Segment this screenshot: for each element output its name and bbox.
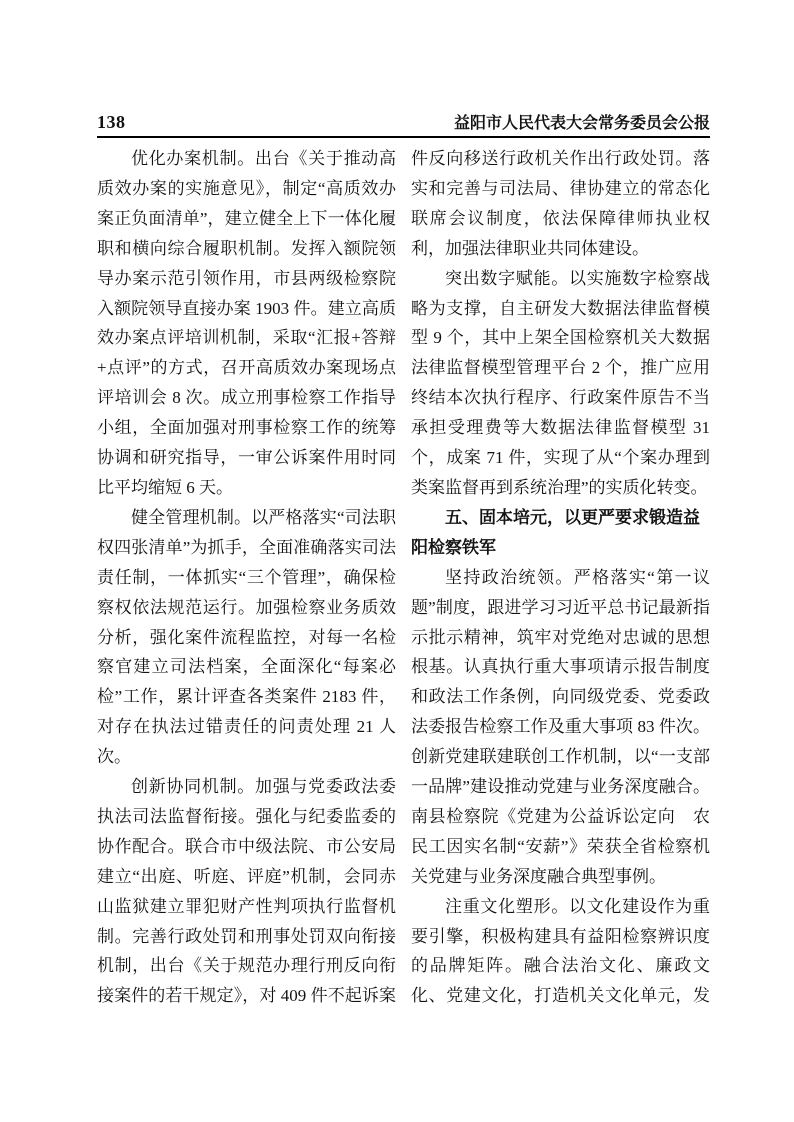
header-rule	[97, 136, 710, 138]
page-header: 138 益阳市人民代表大会常务委员会公报	[97, 110, 710, 133]
section-heading-five: 五、固本培元，以更严要求锻造益阳检察铁军	[411, 503, 710, 563]
page-number: 138	[97, 112, 126, 133]
header-title: 益阳市人民代表大会常务委员会公报	[454, 110, 710, 133]
paragraph-management-mechanism: 健全管理机制。以严格落实“司法职权四张清单”为抓手，全面准确落实司法责任制，一体…	[97, 503, 396, 772]
article-body: 优化办案机制。出台《关于推动高质效办案的实施意见》，制定“高质效办案正负面清单”…	[97, 144, 710, 1014]
paragraph-digital-empowerment: 突出数字赋能。以实施数字检察战略为支撑，自主研发大数据法律监督模型 9 个，其中…	[411, 264, 710, 503]
paragraph-case-handling-mechanism: 优化办案机制。出台《关于推动高质效办案的实施意见》，制定“高质效办案正负面清单”…	[97, 144, 396, 503]
document-page: 138 益阳市人民代表大会常务委员会公报 优化办案机制。出台《关于推动高质效办案…	[0, 0, 794, 1122]
paragraph-political-leadership: 坚持政治统领。严格落实“第一议题”制度，跟进学习习近平总书记最新指示批示精神，筑…	[411, 563, 710, 892]
